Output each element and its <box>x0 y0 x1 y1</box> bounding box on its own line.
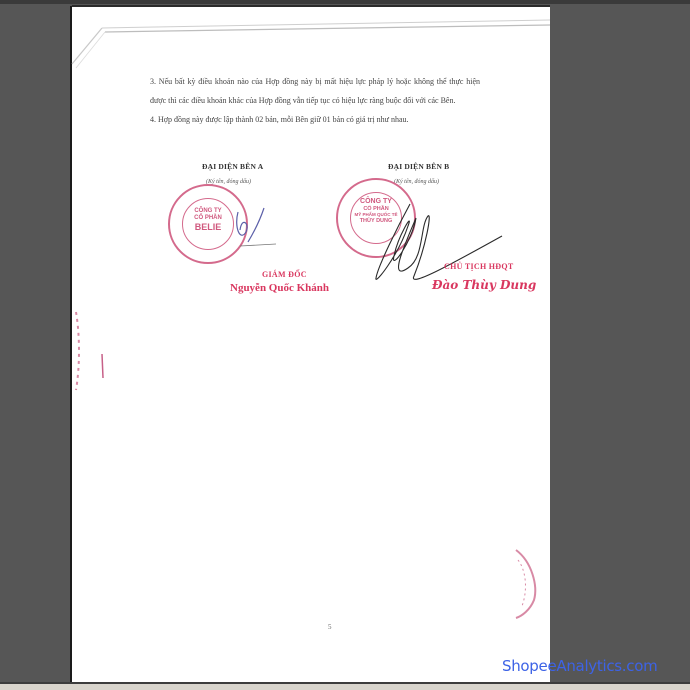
clause-3: 3. Nếu bất kỳ điều khoản nào của Hợp đồn… <box>150 72 480 110</box>
party-b-note: (Ký tên, đóng dấu) <box>394 179 439 185</box>
document-page: 3. Nếu bất kỳ điều khoản nào của Hợp đồn… <box>70 6 550 682</box>
party-b-label: ĐẠI DIỆN BÊN B <box>388 162 449 171</box>
right-edge-stamp-mark <box>512 546 552 626</box>
clause-4: 4. Hợp đồng này được lập thành 02 bản, m… <box>150 110 480 129</box>
party-b-name: Đào Thùy Dung <box>432 278 536 292</box>
party-a-name: Nguyễn Quốc Khánh <box>230 282 329 294</box>
document-viewer: 3. Nếu bất kỳ điều khoản nào của Hợp đồn… <box>0 0 690 690</box>
party-b-title: CHỦ TỊCH HĐQT <box>444 262 514 271</box>
party-a-title: GIÁM ĐỐC <box>262 270 307 279</box>
left-edge-stamp-mark <box>72 306 112 396</box>
page-number: 5 <box>328 623 332 631</box>
contract-clauses: 3. Nếu bất kỳ điều khoản nào của Hợp đồn… <box>150 72 480 129</box>
viewer-bottom-bar <box>0 682 690 690</box>
viewer-top-edge <box>0 0 690 4</box>
page-fold-lines <box>72 6 550 76</box>
party-a-label: ĐẠI DIỆN BÊN A <box>202 162 263 171</box>
party-a-signature <box>232 202 282 252</box>
watermark: ShopeeAnalytics.com <box>502 657 657 675</box>
party-b-signature <box>368 196 508 286</box>
